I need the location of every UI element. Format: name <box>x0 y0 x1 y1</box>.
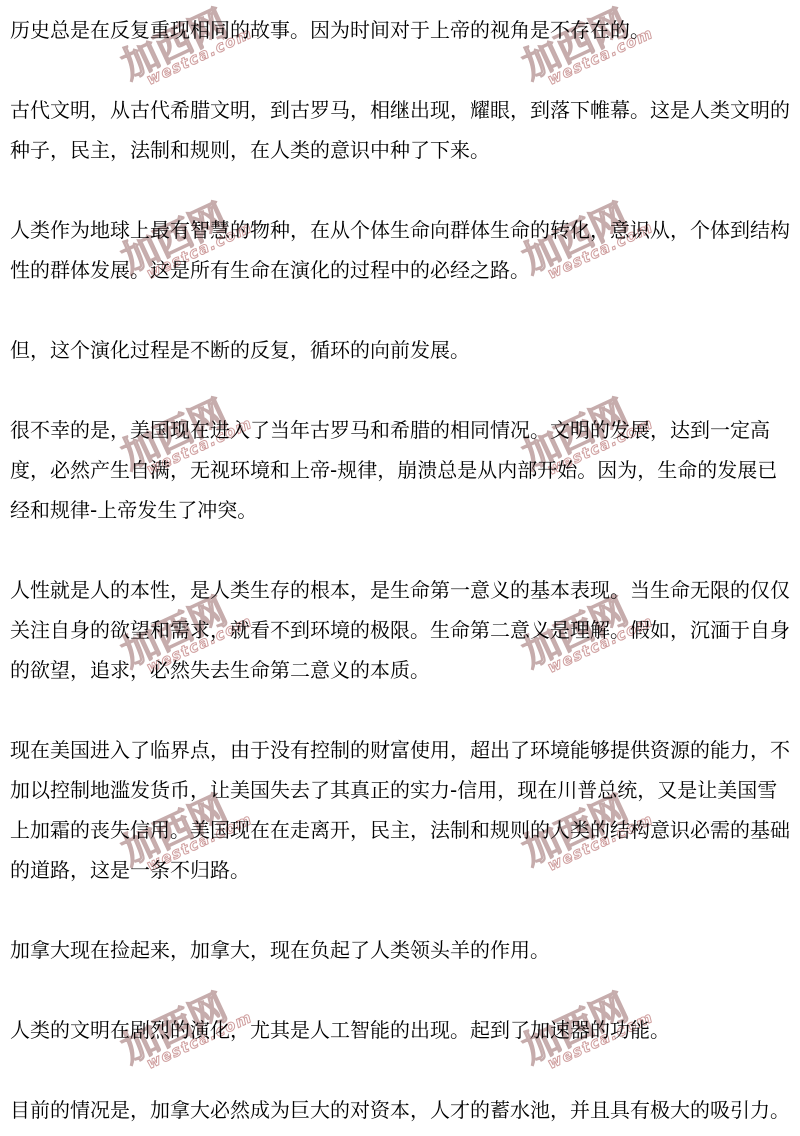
paragraph: 人类作为地球上最有智慧的物种，在从个体生命向群体生命的转化，意识从，个体到结构性… <box>10 210 790 290</box>
paragraph: 但，这个演化过程是不断的反复，循环的向前发展。 <box>10 330 790 370</box>
paragraph: 历史总是在反复重现相同的故事。因为时间对于上帝的视角是不存在的。 <box>10 10 790 50</box>
paragraph: 人类的文明在剧烈的演化，尤其是人工智能的出现。起到了加速器的功能。 <box>10 1010 790 1050</box>
article-body: 历史总是在反复重现相同的故事。因为时间对于上帝的视角是不存在的。 古代文明，从古… <box>10 10 790 1130</box>
paragraph: 人性就是人的本性，是人类生存的根本，是生命第一意义的基本表现。当生命无限的仅仅关… <box>10 570 790 690</box>
paragraph: 现在美国进入了临界点，由于没有控制的财富使用，超出了环境能够提供资源的能力，不加… <box>10 730 790 890</box>
paragraph: 很不幸的是，美国现在进入了当年古罗马和希腊的相同情况。文明的发展，达到一定高度，… <box>10 410 790 530</box>
paragraph: 目前的情况是，加拿大必然成为巨大的对资本，人才的蓄水池，并且具有极大的吸引力。 <box>10 1090 790 1130</box>
paragraph: 古代文明，从古代希腊文明，到古罗马，相继出现，耀眼，到落下帷幕。这是人类文明的种… <box>10 90 790 170</box>
paragraph: 加拿大现在捡起来，加拿大，现在负起了人类领头羊的作用。 <box>10 930 790 970</box>
